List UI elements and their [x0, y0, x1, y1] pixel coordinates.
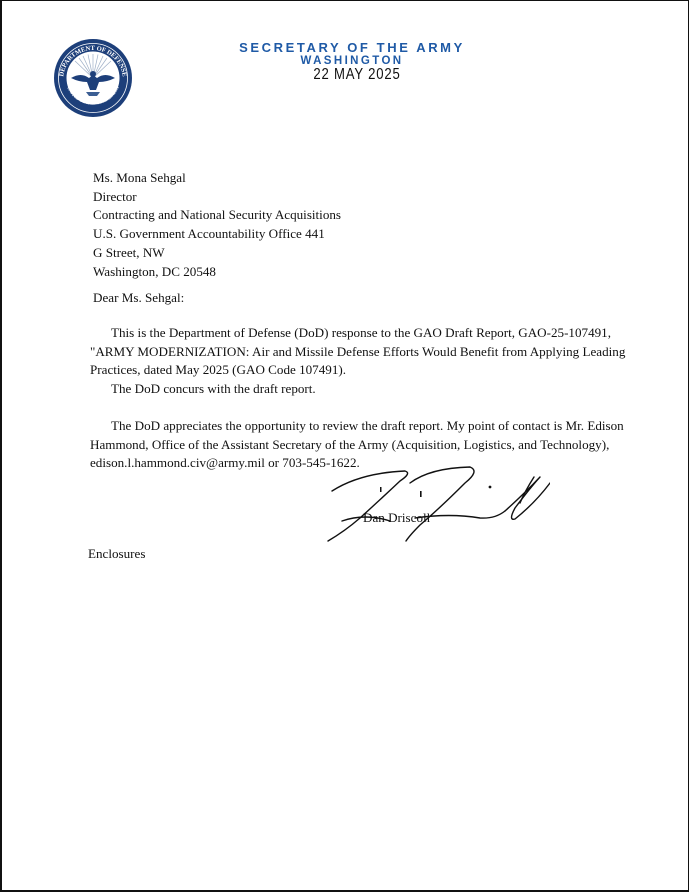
- recipient-city: Washington, DC 20548: [93, 263, 341, 282]
- letterhead: SECRETARY OF THE ARMY WASHINGTON: [222, 41, 482, 67]
- recipient-department: Contracting and National Security Acquis…: [93, 206, 341, 225]
- enclosures-label: Enclosures: [88, 546, 145, 562]
- handwritten-signature-icon: [320, 463, 550, 543]
- paragraph-text: The DoD concurs with the draft report.: [111, 381, 316, 396]
- signer-name: Dan Driscoll: [363, 510, 430, 526]
- date-stamp: 22 MAY 2025: [287, 66, 426, 84]
- body-paragraph-concur: The DoD concurs with the draft report.: [90, 380, 630, 399]
- recipient-organization: U.S. Government Accountability Office 44…: [93, 225, 341, 244]
- paragraph-text: This is the Department of Defense (DoD) …: [90, 325, 625, 377]
- body-paragraph-response: This is the Department of Defense (DoD) …: [90, 324, 630, 380]
- department-of-defense-seal-icon: DEPARTMENT OF DEFENSE UNITED STATES OF A…: [53, 38, 133, 118]
- letter-page: DEPARTMENT OF DEFENSE UNITED STATES OF A…: [0, 0, 689, 892]
- recipient-street: G Street, NW: [93, 244, 341, 263]
- salutation: Dear Ms. Sehgal:: [93, 289, 184, 308]
- recipient-title: Director: [93, 188, 341, 207]
- recipient-name: Ms. Mona Sehgal: [93, 169, 341, 188]
- recipient-address: Ms. Mona Sehgal Director Contracting and…: [93, 169, 341, 281]
- letterhead-title: SECRETARY OF THE ARMY: [222, 41, 482, 55]
